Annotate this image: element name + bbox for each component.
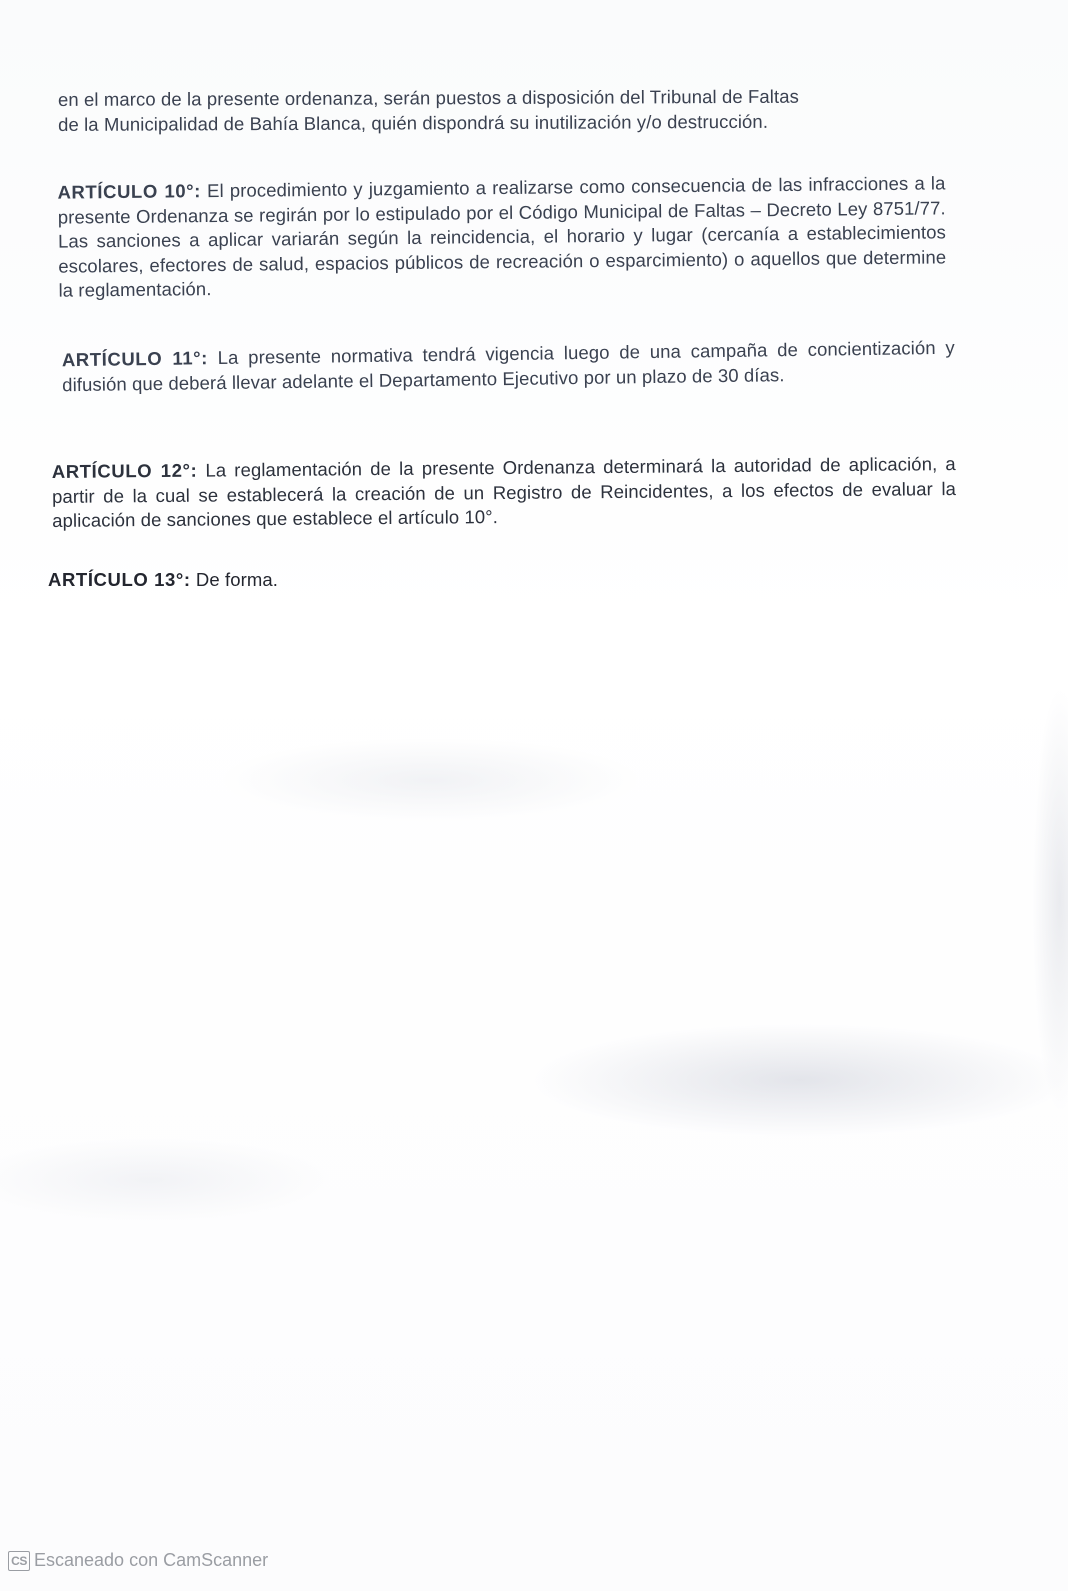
camscanner-logo-icon: CS [8, 1551, 30, 1571]
continuation-line: de la Municipalidad de Bahía Blanca, qui… [58, 109, 948, 137]
continuation-paragraph: en el marco de la presente ordenanza, se… [58, 84, 948, 137]
article-heading: ARTÍCULO 11°: [62, 347, 208, 370]
article-12: ARTÍCULO 12°: La reglamentación de la pr… [52, 452, 957, 533]
article-10: ARTÍCULO 10°: El procedimiento y juzgami… [57, 171, 946, 303]
article-13: ARTÍCULO 13°: De forma. [48, 568, 448, 593]
camscanner-watermark: CS Escaneado con CamScanner [8, 1550, 268, 1571]
scanned-page: en el marco de la presente ordenanza, se… [0, 0, 1068, 1591]
article-11: ARTÍCULO 11°: La presente normativa tend… [62, 336, 956, 397]
article-text: De forma. [196, 569, 278, 590]
article-heading: ARTÍCULO 13°: [48, 569, 191, 590]
article-heading: ARTÍCULO 10°: [57, 180, 201, 203]
watermark-text: Escaneado con CamScanner [34, 1550, 268, 1571]
article-heading: ARTÍCULO 12°: [52, 460, 198, 482]
